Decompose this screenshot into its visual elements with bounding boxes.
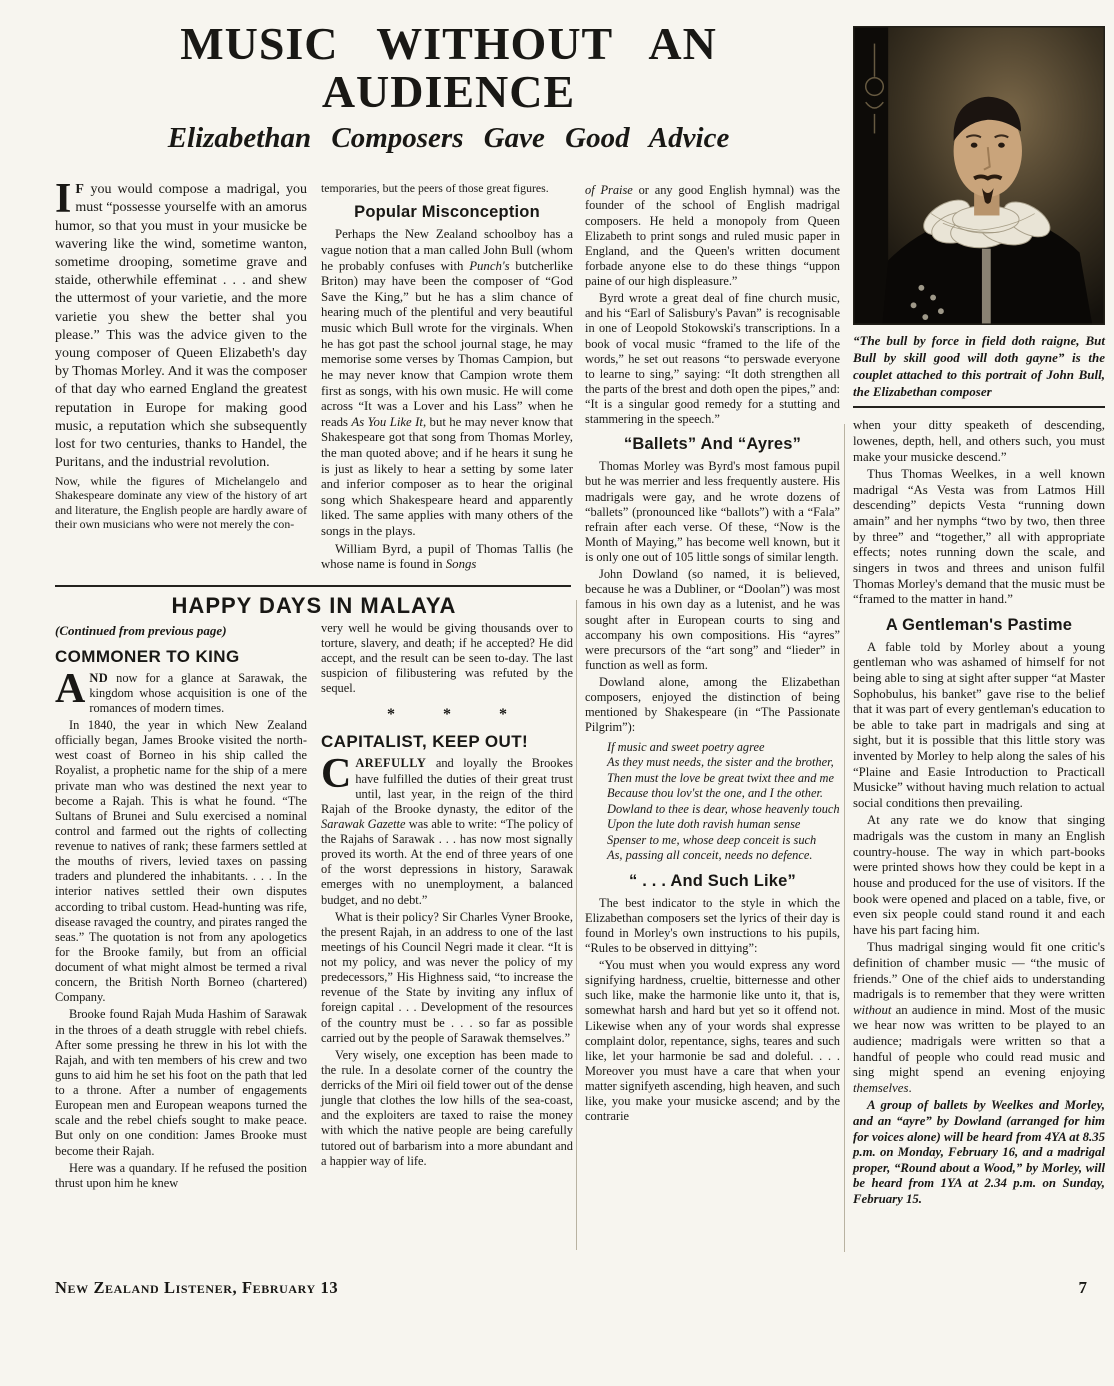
column-rule — [844, 424, 845, 1252]
paragraph: “You must when you would express any wor… — [585, 958, 840, 1124]
column-rule — [576, 600, 577, 1250]
paragraph: Here was a quandary. If he refused the p… — [55, 1161, 307, 1191]
paragraph: temporaries, but the peers of those grea… — [321, 181, 573, 195]
paragraph: CAREFULLY and loyally the Brookes have f… — [321, 756, 573, 907]
caption-rule — [853, 406, 1105, 408]
right-column: “The bull by force in field doth raigne,… — [846, 12, 1105, 1214]
article-header: MUSIC WITHOUT AN AUDIENCE Elizabethan Co… — [55, 12, 842, 181]
music-article-columns: IF you would compose a madrigal, you mus… — [55, 181, 573, 575]
verse-line: Then must the love be great twixt thee a… — [607, 771, 840, 787]
paragraph: Perhaps the New Zealand schoolboy has a … — [321, 227, 573, 539]
paragraph: Now, while the figures of Michelangelo a… — [55, 474, 307, 531]
paragraph: when your ditty speaketh of descending, … — [853, 418, 1105, 465]
paragraph: Thus Thomas Weelkes, in a well known mad… — [853, 467, 1105, 607]
malaya-article-title: HAPPY DAYS IN MALAYA — [55, 593, 573, 619]
music-column-3: of Praise or any good English hymnal) wa… — [577, 181, 842, 1213]
continued-note: (Continued from previous page) — [55, 623, 307, 639]
verse-line: As they must needs, the sister and the b… — [607, 755, 840, 771]
article-subtitle: Elizabethan Composers Gave Good Advice — [55, 123, 842, 155]
publication-name: New Zealand Listener, February 13 — [55, 1278, 338, 1298]
verse-line: Upon the lute doth ravish human sense — [607, 817, 840, 833]
portrait-caption: “The bull by force in field doth raigne,… — [853, 333, 1105, 401]
paragraph: A group of ballets by Weelkes and Morley… — [853, 1098, 1105, 1207]
page-number: 7 — [1079, 1278, 1088, 1298]
paragraph: What is their policy? Sir Charles Vyner … — [321, 910, 573, 1046]
paragraph: Thomas Morley was Byrd's most famous pup… — [585, 459, 840, 565]
paragraph: very well he would be giving thousands o… — [321, 621, 573, 697]
section-heading: “ . . . And Such Like” — [585, 872, 840, 891]
article-title: MUSIC WITHOUT AN AUDIENCE — [55, 20, 842, 117]
music-column-4: when your ditty speaketh of descending, … — [853, 418, 1105, 1207]
paragraph: IF you would compose a madrigal, you mus… — [55, 181, 307, 472]
paragraph: William Byrd, a pupil of Thomas Tallis (… — [321, 542, 573, 573]
portrait-figure — [853, 26, 1105, 325]
section-heading: CAPITALIST, KEEP OUT! — [321, 732, 573, 752]
section-heading: A Gentleman's Pastime — [853, 616, 1105, 635]
paragraph: A fable told by Morley about a young gen… — [853, 640, 1105, 812]
page-footer: New Zealand Listener, February 13 7 — [55, 1278, 1105, 1298]
paragraph: AND now for a glance at Sarawak, the kin… — [55, 671, 307, 716]
page-grid: MUSIC WITHOUT AN AUDIENCE Elizabethan Co… — [55, 12, 1105, 1214]
section-heading: COMMONER TO KING — [55, 647, 307, 667]
paragraph: The best indicator to the style in which… — [585, 896, 840, 957]
paragraph: John Dowland (so named, it is believed, … — [585, 567, 840, 673]
john-bull-portrait-image — [853, 26, 1105, 325]
music-column-2: temporaries, but the peers of those grea… — [321, 181, 573, 575]
malaya-article: HAPPY DAYS IN MALAYA (Continued from pre… — [55, 593, 573, 1193]
newspaper-page: MUSIC WITHOUT AN AUDIENCE Elizabethan Co… — [0, 0, 1114, 1386]
stars-divider: * * * — [321, 706, 573, 724]
paragraph: Dowland alone, among the Elizabethan com… — [585, 675, 840, 736]
music-column-1: IF you would compose a madrigal, you mus… — [55, 181, 307, 575]
paragraph: Byrd wrote a great deal of fine church m… — [585, 291, 840, 427]
section-heading: Popular Misconception — [321, 203, 573, 222]
paragraph: In 1840, the year in which New Zealand o… — [55, 718, 307, 1005]
section-heading: “Ballets” And “Ayres” — [585, 435, 840, 454]
malaya-column-1: (Continued from previous page)COMMONER T… — [55, 621, 307, 1193]
paragraph: Thus madrigal singing would fit one crit… — [853, 940, 1105, 1096]
section-divider-rule — [55, 585, 571, 587]
left-columns-area: IF you would compose a madrigal, you mus… — [55, 181, 573, 1213]
verse-line: If music and sweet poetry agree — [607, 740, 840, 756]
malaya-article-columns: (Continued from previous page)COMMONER T… — [55, 621, 573, 1193]
paragraph: At any rate we do know that singing madr… — [853, 813, 1105, 938]
paragraph: Brooke found Rajah Muda Hashim of Sarawa… — [55, 1007, 307, 1158]
malaya-column-2: very well he would be giving thousands o… — [321, 621, 573, 1193]
verse-line: Spenser to me, whose deep conceit is suc… — [607, 833, 840, 849]
paragraph: of Praise or any good English hymnal) wa… — [585, 183, 840, 289]
verse-line: Dowland to thee is dear, whose heavenly … — [607, 802, 840, 818]
paragraph: Very wisely, one exception has been made… — [321, 1048, 573, 1169]
poem-verse: If music and sweet poetry agreeAs they m… — [607, 740, 840, 864]
verse-line: Because thou lov'st the one, and I the o… — [607, 786, 840, 802]
verse-line: As, passing all conceit, needs no defenc… — [607, 848, 840, 864]
